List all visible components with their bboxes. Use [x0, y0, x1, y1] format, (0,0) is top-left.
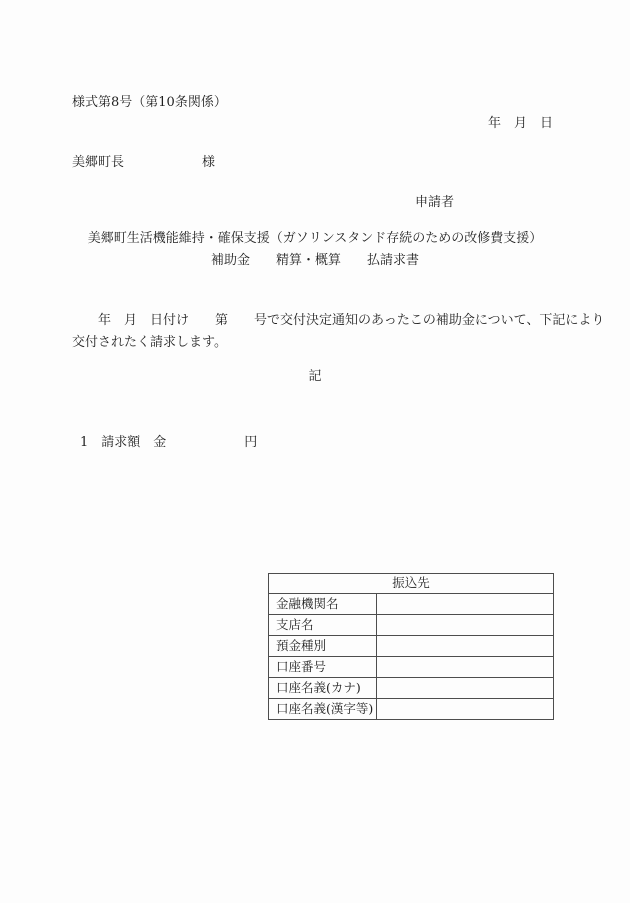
table-row: 支店名 — [269, 615, 554, 636]
table-row: 金融機関名 — [269, 594, 554, 615]
table-header-transfer-destination: 振込先 — [269, 574, 554, 594]
row-label-deposit-type: 預金種別 — [269, 636, 377, 657]
row-label-account-number: 口座番号 — [269, 657, 377, 678]
transfer-destination-table: 振込先 金融機関名 支店名 預金種別 口座番号 口座名義(カナ) — [268, 573, 554, 720]
row-value-branch-name — [377, 615, 554, 636]
addressee-line: 美郷町長 様 — [72, 156, 215, 171]
document-title-line1: 美郷町生活機能維持・確保支援（ガソリンスタンド存続のための改修費支援） — [0, 232, 630, 247]
document-title-line2: 補助金 精算・概算 払請求書 — [0, 254, 630, 269]
table-row: 預金種別 — [269, 636, 554, 657]
body-paragraph-line2: 交付されたく請求します。 — [72, 336, 227, 351]
item-claim-amount: 1 請求額 金 円 — [80, 436, 257, 451]
row-value-account-holder-kana — [377, 678, 554, 699]
document-page: 様式第8号（第10条関係） 年 月 日 美郷町長 様 申請者 美郷町生活機能維持… — [0, 0, 630, 903]
row-value-financial-institution — [377, 594, 554, 615]
note-marker: 記 — [0, 370, 630, 385]
row-label-branch-name: 支店名 — [269, 615, 377, 636]
table-header-row: 振込先 — [269, 574, 554, 594]
table-row: 口座名義(カナ) — [269, 678, 554, 699]
row-value-account-holder-kanji — [377, 699, 554, 720]
row-label-account-holder-kana: 口座名義(カナ) — [269, 678, 377, 699]
body-paragraph-line1: 年 月 日付け 第 号で交付決定通知のあったこの補助金について、下記により — [72, 314, 604, 329]
form-number: 様式第8号（第10条関係） — [72, 96, 227, 111]
row-value-deposit-type — [377, 636, 554, 657]
date-line: 年 月 日 — [488, 117, 553, 132]
row-value-account-number — [377, 657, 554, 678]
row-label-financial-institution: 金融機関名 — [269, 594, 377, 615]
table-row: 口座名義(漢字等) — [269, 699, 554, 720]
applicant-label: 申請者 — [415, 196, 454, 211]
row-label-account-holder-kanji: 口座名義(漢字等) — [269, 699, 377, 720]
table-row: 口座番号 — [269, 657, 554, 678]
